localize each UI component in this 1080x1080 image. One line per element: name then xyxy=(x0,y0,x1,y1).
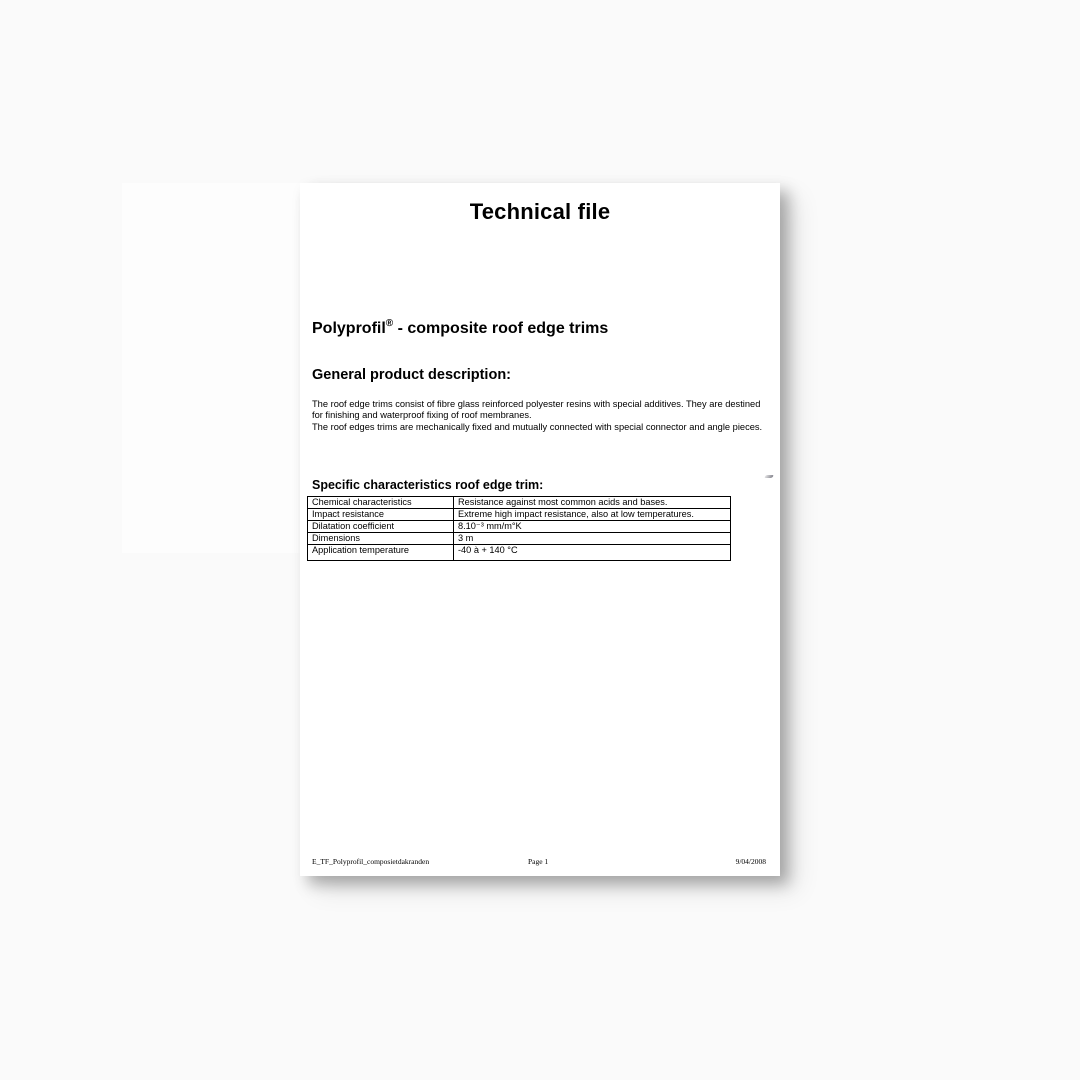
table-row: Dilatation coefficient 8.10⁻³ mm/m°K xyxy=(308,521,731,533)
product-description: The roof edge trims consist of fibre gla… xyxy=(312,399,767,433)
background-sheen xyxy=(122,183,322,553)
property-cell: Impact resistance xyxy=(308,509,454,521)
table-row: Chemical characteristics Resistance agai… xyxy=(308,497,731,509)
specific-characteristics-heading: Specific characteristics roof edge trim: xyxy=(312,478,543,492)
footer-filename: E_TF_Polyprofil_composietdakranden xyxy=(312,857,429,866)
value-cell: Extreme high impact resistance, also at … xyxy=(454,509,731,521)
product-name: Polyprofil xyxy=(312,320,386,337)
value-cell: -40 à + 140 °C xyxy=(454,545,731,561)
property-cell: Dilatation coefficient xyxy=(308,521,454,533)
description-paragraph: The roof edge trims consist of fibre gla… xyxy=(312,399,767,422)
product-heading: Polyprofil® - composite roof edge trims xyxy=(312,320,608,338)
page-footer: E_TF_Polyprofil_composietdakranden Page … xyxy=(312,857,766,869)
footer-page-number: Page 1 xyxy=(528,857,548,866)
table-row: Impact resistance Extreme high impact re… xyxy=(308,509,731,521)
value-cell: 3 m xyxy=(454,533,731,545)
property-cell: Dimensions xyxy=(308,533,454,545)
footer-date: 9/04/2008 xyxy=(736,857,766,866)
property-cell: Application temperature xyxy=(308,545,454,561)
general-description-heading: General product description: xyxy=(312,367,511,383)
product-suffix: - composite roof edge trims xyxy=(393,320,608,337)
value-cell: Resistance against most common acids and… xyxy=(454,497,731,509)
description-paragraph: The roof edges trims are mechanically fi… xyxy=(312,422,767,433)
value-cell: 8.10⁻³ mm/m°K xyxy=(454,521,731,533)
table-row: Dimensions 3 m xyxy=(308,533,731,545)
property-cell: Chemical characteristics xyxy=(308,497,454,509)
table-row: Application temperature -40 à + 140 °C xyxy=(308,545,731,561)
characteristics-table: Chemical characteristics Resistance agai… xyxy=(307,496,731,561)
document-page: Technical file Polyprofil® - composite r… xyxy=(300,183,780,876)
document-title: Technical file xyxy=(300,199,780,225)
